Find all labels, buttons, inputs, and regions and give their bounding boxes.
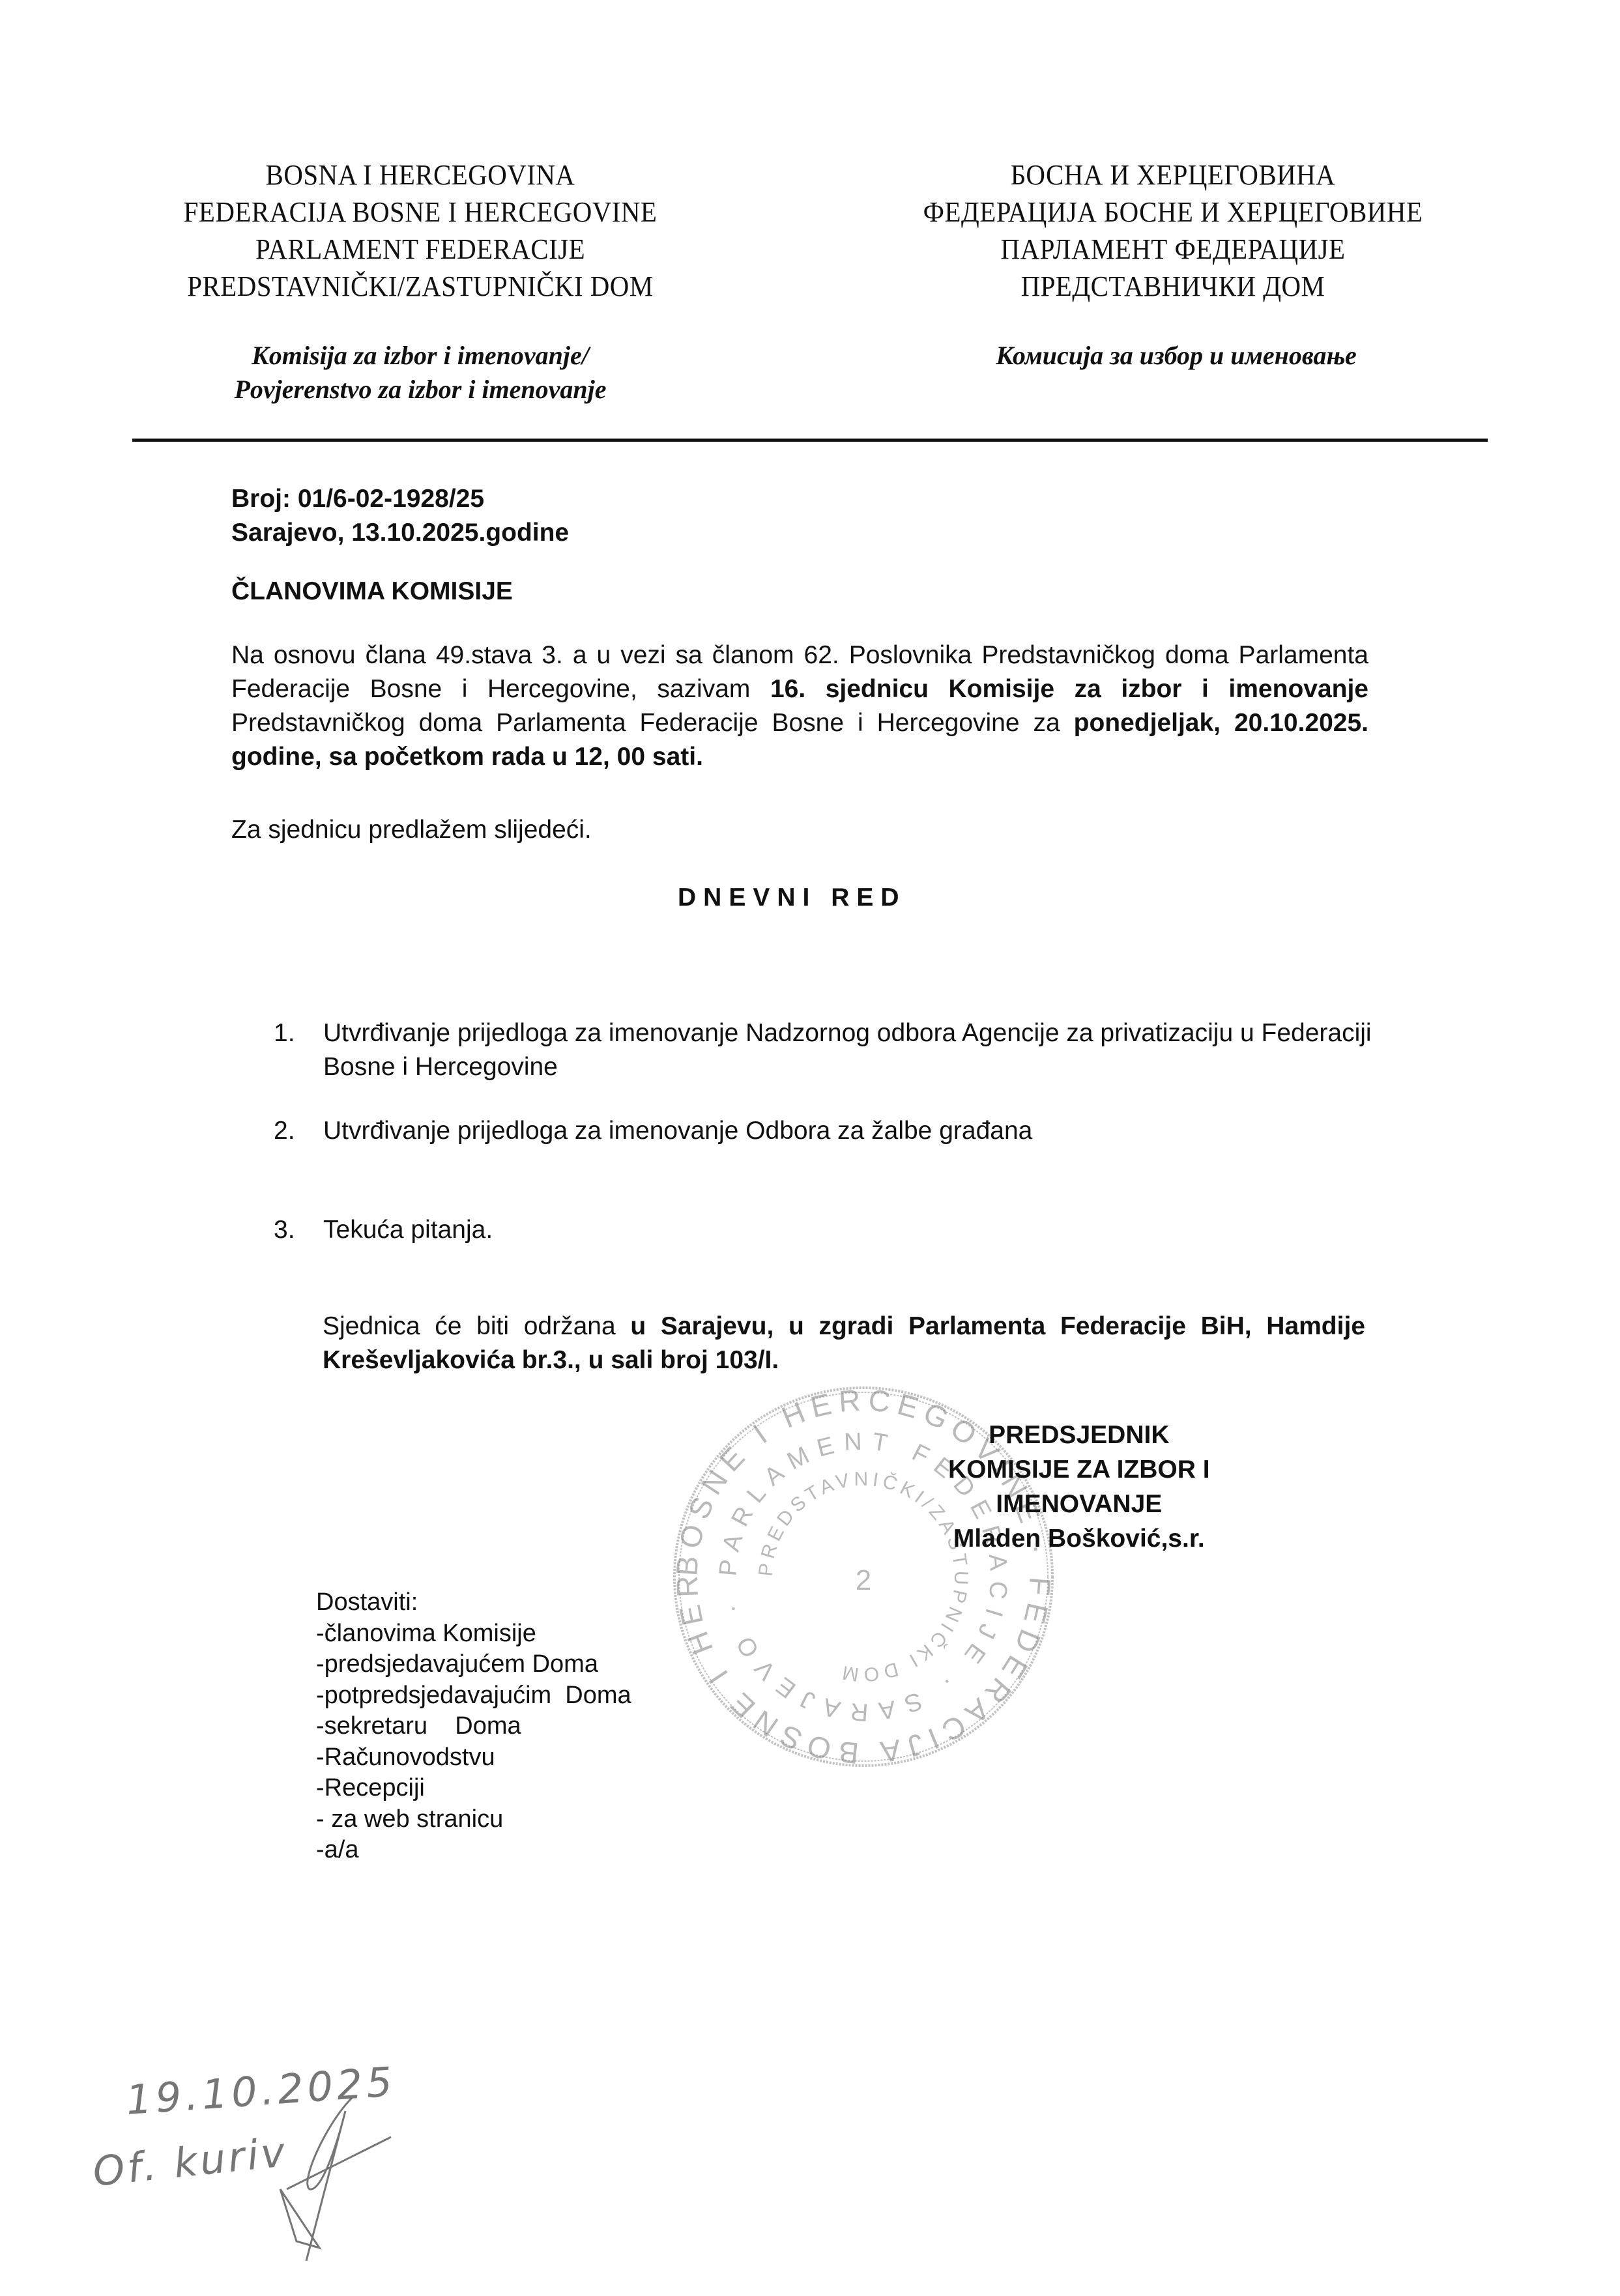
header-cyrillic: БОСНА И ХЕРЦЕГОВИНА ФЕДЕРАЦИЈА БОСНЕ И Х… bbox=[870, 156, 1476, 305]
delivery-recipient: - za web stranicu bbox=[316, 1804, 631, 1835]
agenda-item-text: Utvrđivanje prijedloga za imenovanje Odb… bbox=[323, 1114, 1395, 1148]
delivery-recipient: -Računovodstvu bbox=[316, 1742, 631, 1773]
agenda-item: 2. Utvrđivanje prijedloga za imenovanje … bbox=[274, 1114, 1395, 1148]
reference-number: Broj: 01/6-02-1928/25 bbox=[231, 482, 569, 516]
committee-name-2: Povjerenstvo za izbor i imenovanje bbox=[150, 373, 691, 407]
handwritten-note: 19.10.2025 Of. kuriv bbox=[65, 2052, 456, 2280]
agenda-item-text: Utvrđivanje prijedloga za imenovanje Nad… bbox=[323, 1016, 1395, 1084]
committee-latin: Komisija za izbor i imenovanje/ Povjeren… bbox=[150, 339, 691, 407]
header-country-cyr: БОСНА И ХЕРЦЕГОВИНА bbox=[870, 156, 1476, 194]
handwritten-note-text: Of. kuriv bbox=[91, 2128, 290, 2196]
delivery-recipient: -Recepciji bbox=[316, 1773, 631, 1804]
agenda-item-text: Tekuća pitanja. bbox=[323, 1213, 1395, 1247]
reference-block: Broj: 01/6-02-1928/25 Sarajevo, 13.10.20… bbox=[231, 482, 569, 550]
header-house: PREDSTAVNIČKI/ZASTUPNIČKI DOM bbox=[132, 268, 708, 305]
handwritten-date: 19.10.2025 bbox=[124, 2058, 398, 2124]
header-parliament: PARLAMENT FEDERACIJE bbox=[132, 231, 708, 268]
agenda-item-number: 3. bbox=[274, 1213, 323, 1247]
delivery-title: Dostaviti: bbox=[316, 1587, 631, 1618]
addressee: ČLANOVIMA KOMISIJE bbox=[231, 577, 513, 606]
delivery-recipient: -a/a bbox=[316, 1835, 631, 1866]
delivery-recipient: -članovima Komisije bbox=[316, 1618, 631, 1650]
venue-text: Sjednica će biti održana bbox=[323, 1312, 630, 1340]
committee-name-cyr: Комисија за избор и именовање bbox=[867, 339, 1486, 373]
delivery-recipient: -predsjedavajućem Doma bbox=[316, 1649, 631, 1680]
body-paragraph: Na osnovu člana 49.stava 3. a u vezi sa … bbox=[231, 639, 1368, 774]
reference-place-date: Sarajevo, 13.10.2025.godine bbox=[231, 516, 569, 550]
agenda-title: DNEVNI RED bbox=[678, 883, 906, 912]
signature-committee-1: KOMISIJE ZA IZBOR I bbox=[948, 1452, 1210, 1487]
body-text-2: Predstavničkog doma Parlamenta Federacij… bbox=[231, 709, 1074, 737]
header-federation: FEDERACIJA BOSNE I HERCEGOVINE bbox=[132, 194, 708, 231]
body-session-bold: 16. sjednicu Komisije za izbor i imenova… bbox=[770, 675, 1368, 703]
agenda-item: 3. Tekuća pitanja. bbox=[274, 1213, 1395, 1247]
agenda-item-number: 2. bbox=[274, 1114, 323, 1148]
svg-text:2: 2 bbox=[856, 1564, 871, 1596]
header-house-cyr: ПРЕДСТАВНИЧКИ ДОМ bbox=[870, 268, 1476, 305]
committee-cyrillic: Комисија за избор и именовање bbox=[867, 339, 1486, 373]
signature-title: PREDSJEDNIK bbox=[948, 1418, 1210, 1452]
signature-committee-2: IMENOVANJE bbox=[948, 1487, 1210, 1521]
delivery-recipient: -potpredsjedavajućim Doma bbox=[316, 1680, 631, 1712]
venue-paragraph: Sjednica će biti održana u Sarajevu, u z… bbox=[323, 1310, 1365, 1377]
delivery-recipient: -sekretaru Doma bbox=[316, 1711, 631, 1742]
agenda-item: 1. Utvrđivanje prijedloga za imenovanje … bbox=[274, 1016, 1395, 1084]
agenda-item-number: 1. bbox=[274, 1016, 323, 1084]
header-parliament-cyr: ПАРЛАМЕНТ ФЕДЕРАЦИЈЕ bbox=[870, 231, 1476, 268]
delivery-list: Dostaviti: -članovima Komisije -predsjed… bbox=[316, 1587, 631, 1866]
proposal-text: Za sjednicu predlažem slijedeći. bbox=[231, 816, 592, 844]
header-federation-cyr: ФЕДЕРАЦИЈА БОСНЕ И ХЕРЦЕГОВИНЕ bbox=[870, 194, 1476, 231]
handwritten-signature-icon bbox=[280, 2098, 391, 2261]
header-country: BOSNA I HERCEGOVINA bbox=[132, 156, 708, 194]
signature-name: Mladen Bošković,s.r. bbox=[948, 1521, 1210, 1556]
header-latin: BOSNA I HERCEGOVINA FEDERACIJA BOSNE I H… bbox=[132, 156, 708, 305]
signature-block: PREDSJEDNIK KOMISIJE ZA IZBOR I IMENOVAN… bbox=[948, 1418, 1210, 1556]
committee-name-1: Komisija za izbor i imenovanje/ bbox=[150, 339, 691, 373]
header-divider bbox=[132, 438, 1488, 442]
